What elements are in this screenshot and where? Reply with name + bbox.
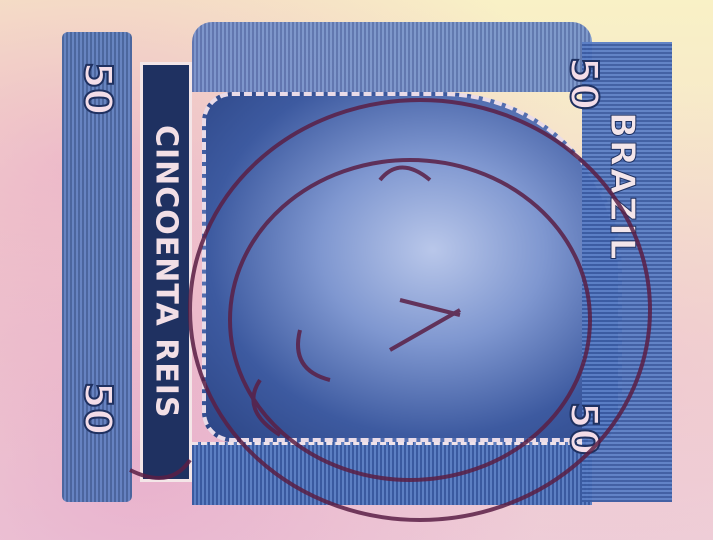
denomination-words: CINCOENTA REIS <box>149 125 184 419</box>
denomination-numeral-bottom-left: 50 <box>76 382 120 435</box>
denomination-numeral-bottom-right: 50 <box>562 402 606 455</box>
bottom-ornamental-band <box>192 442 592 505</box>
country-name: BRAZIL <box>602 112 642 442</box>
denomination-panel: CINCOENTA REIS <box>140 62 192 482</box>
denomination-numeral-top-right: 50 <box>562 57 606 110</box>
stamp: CINCOENTA REIS 50 50 50 50 BRAZIL <box>62 22 682 522</box>
portrait <box>202 92 622 442</box>
denomination-numeral-top-left: 50 <box>76 62 120 115</box>
top-ornamental-band <box>192 22 592 92</box>
